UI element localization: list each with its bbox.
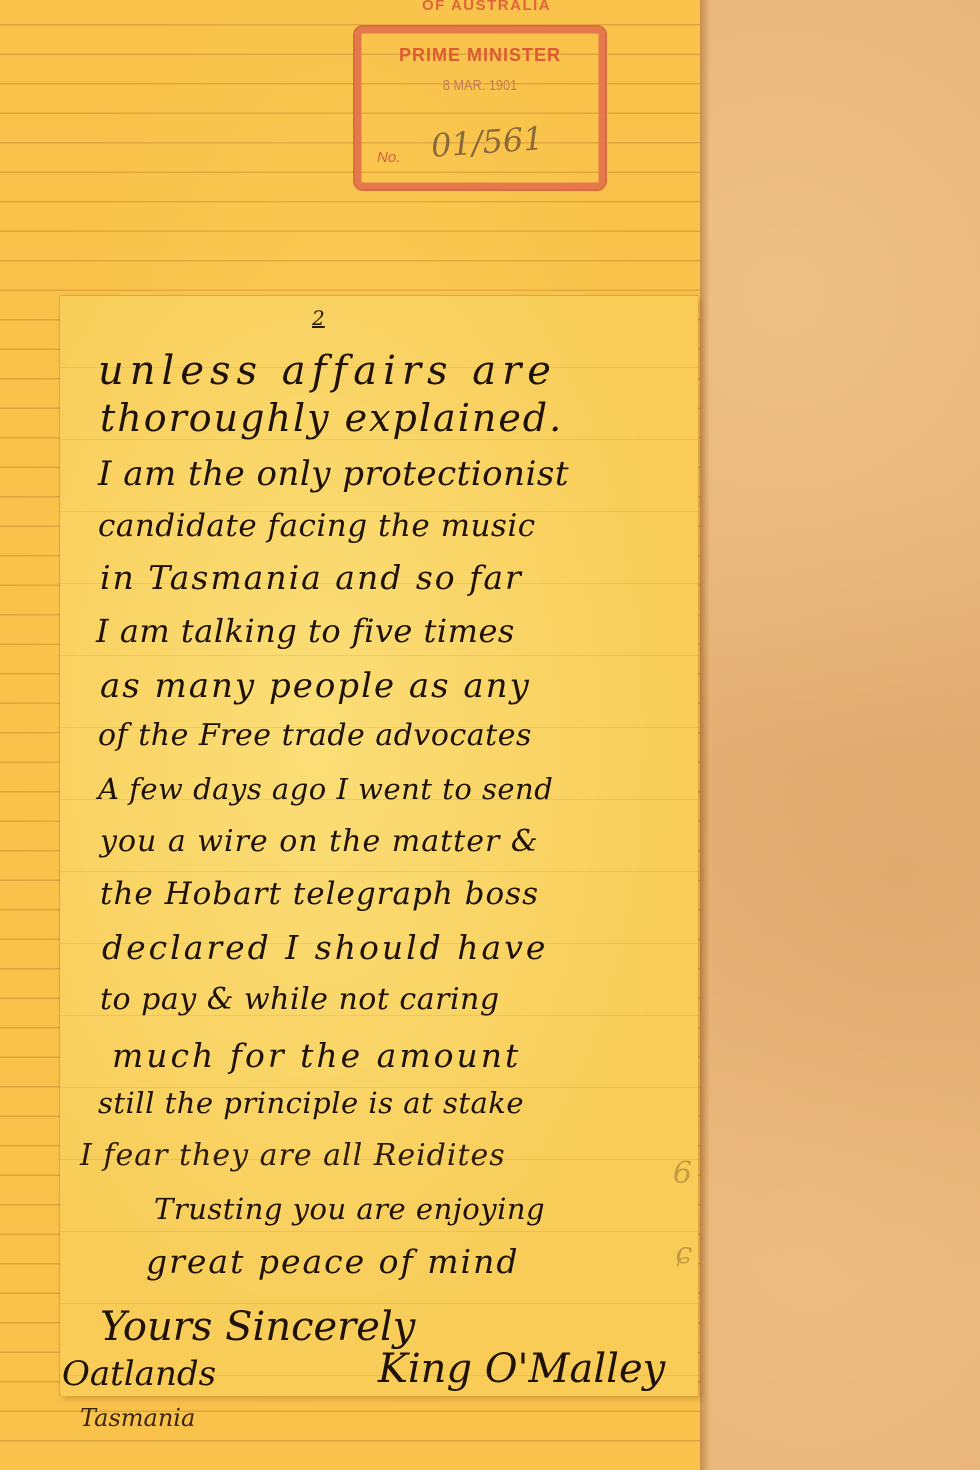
letter-line: in Tasmania and so far xyxy=(100,558,523,597)
stamp-header: OF AUSTRALIA xyxy=(422,0,551,14)
letter-line: I fear they are all Reidites xyxy=(80,1138,506,1173)
letter-line: unless affairs are xyxy=(98,348,557,394)
closing-salutation: Yours Sincerely xyxy=(100,1304,415,1350)
letter-line: still the principle is at stake xyxy=(98,1086,524,1120)
letter-line: much for the amount xyxy=(112,1036,521,1075)
letter-line: A few days ago I went to send xyxy=(98,772,553,806)
page-edge-shadow xyxy=(700,0,710,1470)
letter-line: I am talking to five times xyxy=(96,612,515,650)
letter-line: as many people as any xyxy=(100,666,531,706)
sender-place: Oatlands xyxy=(62,1354,216,1394)
faint-pencil-marks: 6 xyxy=(673,1156,692,1191)
letter-line: you a wire on the matter & xyxy=(100,824,539,859)
letter-line: to pay & while not caring xyxy=(100,982,500,1017)
letter-line: the Hobart telegraph boss xyxy=(100,876,539,912)
prime-minister-received-stamp: PRIME MINISTER 8 MAR. 1901 No. 01/561 xyxy=(353,25,607,191)
faint-pencil-marks: ɕ xyxy=(675,1236,692,1271)
letter-line: declared I should have xyxy=(102,928,548,967)
letter-line: of the Free trade advocates xyxy=(98,718,532,753)
signature: King O'Malley xyxy=(378,1346,665,1392)
letter-line: candidate facing the music xyxy=(98,508,536,544)
stamp-number-value: 01/561 xyxy=(430,119,545,165)
letter-line: thoroughly explained. xyxy=(100,396,563,440)
letter-line: I am the only protectionist xyxy=(98,454,569,494)
backing-board xyxy=(700,0,980,1470)
stamp-title: PRIME MINISTER xyxy=(355,45,605,66)
stamp-date: 8 MAR. 1901 xyxy=(374,77,587,94)
letter-line: great peace of mind xyxy=(146,1242,519,1281)
page-number: 2 xyxy=(312,306,325,330)
letter-line: Trusting you are enjoying xyxy=(154,1192,545,1226)
stamp-number-label: No. xyxy=(377,149,400,166)
handwritten-letter-sheet: 2 unless affairs are thoroughly explaine… xyxy=(60,296,698,1396)
sender-region: Tasmania xyxy=(80,1404,195,1432)
